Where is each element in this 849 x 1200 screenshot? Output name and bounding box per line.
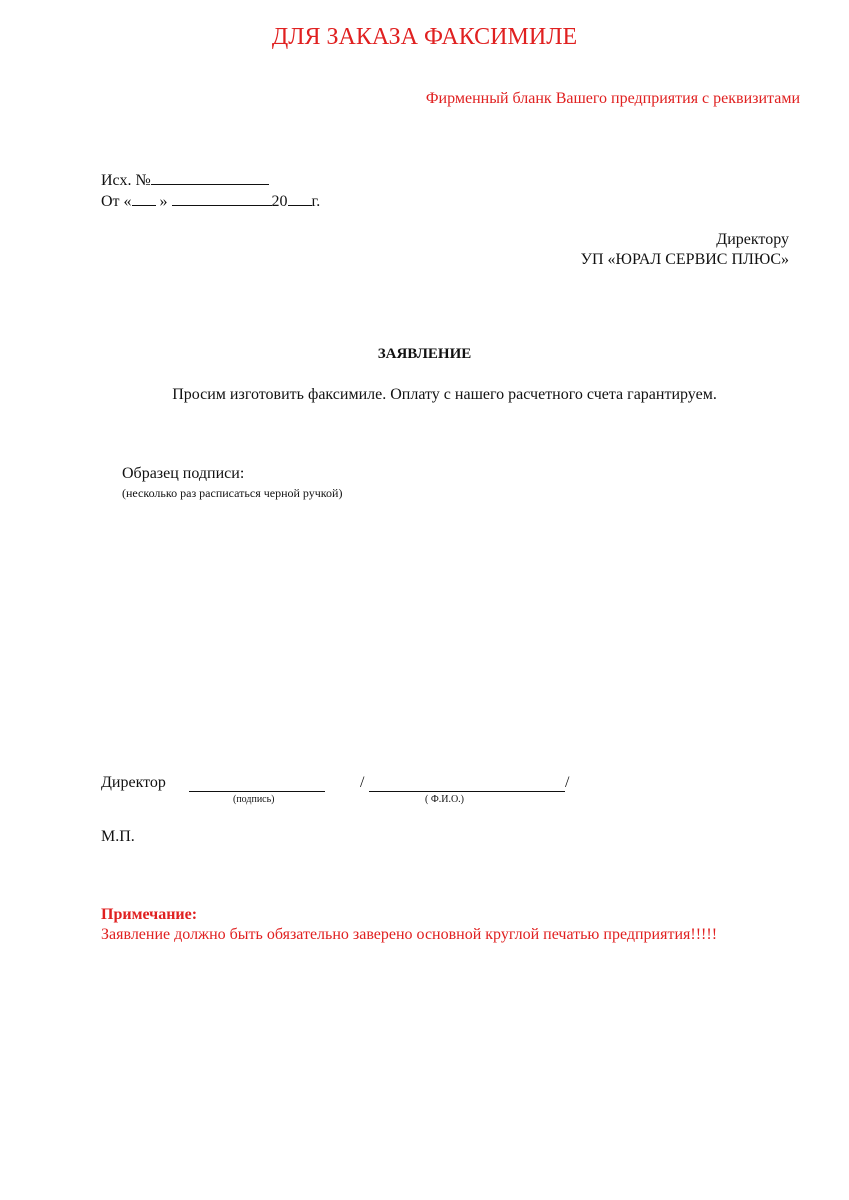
date-month-field[interactable] (172, 191, 272, 206)
signature-sample-label: Образец подписи: (122, 465, 244, 483)
signoff-slash-left: / (360, 774, 364, 792)
full-name-caption: ( Ф.И.О.) (425, 794, 464, 805)
date-mid: » (156, 193, 172, 210)
note-title: Примечание: (101, 906, 197, 924)
document-title: ДЛЯ ЗАКАЗА ФАКСИМИЛЕ (0, 24, 849, 51)
note-text: Заявление должно быть обязательно завере… (101, 926, 717, 944)
signature-caption: (подпись) (233, 794, 275, 805)
full-name-field[interactable] (369, 774, 565, 792)
date-year-field[interactable] (288, 191, 312, 206)
signoff-slash-right: / (565, 774, 569, 792)
signature-sample-hint: (несколько раз расписаться черной ручкой… (122, 486, 342, 501)
year-suffix: г. (312, 193, 321, 210)
stamp-label: М.П. (101, 828, 135, 846)
date-prefix: От « (101, 193, 132, 210)
letterhead-note: Фирменный бланк Вашего предприятия с рек… (426, 90, 800, 108)
outgoing-number-field[interactable] (151, 170, 269, 185)
outgoing-date-row: От « » 20г. (101, 191, 320, 212)
outgoing-number-row: Исх. № (101, 170, 320, 191)
addressee-position: Директору (581, 230, 789, 250)
outgoing-reference: Исх. № От « » 20г. (101, 170, 320, 212)
signature-field[interactable] (189, 774, 325, 792)
date-day-field[interactable] (132, 191, 156, 206)
request-text: Просим изготовить факсимиле. Оплату с на… (0, 386, 849, 404)
year-prefix: 20 (272, 193, 288, 210)
signoff-position: Директор (101, 774, 166, 792)
addressee-company: УП «ЮРАЛ СЕРВИС ПЛЮС» (581, 250, 789, 270)
addressee-block: Директору УП «ЮРАЛ СЕРВИС ПЛЮС» (581, 230, 789, 270)
document-heading: ЗАЯВЛЕНИЕ (0, 346, 849, 363)
outgoing-number-label: Исх. № (101, 172, 151, 189)
